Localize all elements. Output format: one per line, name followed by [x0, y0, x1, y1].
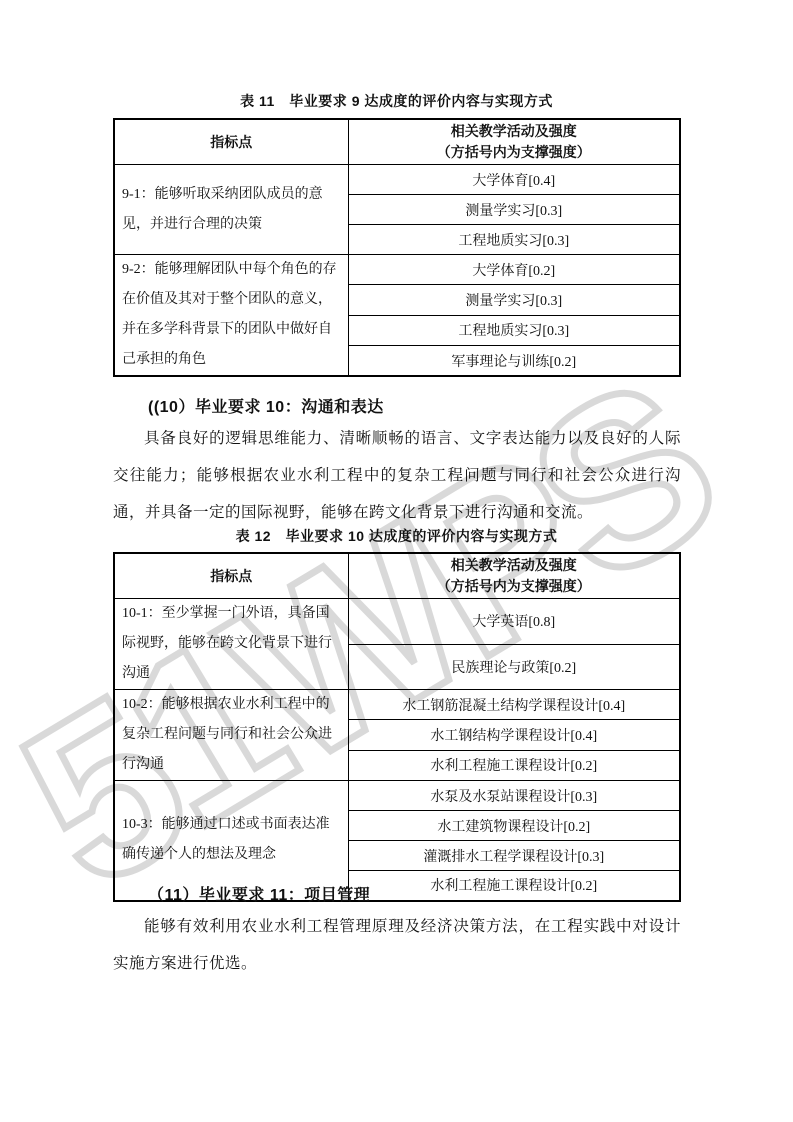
document-page: 51WPS 表 11 毕业要求 9 达成度的评价内容与实现方式 指标点 相关教学… [0, 0, 793, 1122]
activity-cell: 水工钢结构学课程设计[0.4] [348, 720, 680, 750]
activity-cell: 水利工程施工课程设计[0.2] [348, 750, 680, 780]
indicator-cell-9-2: 9-2：能够理解团队中每个角色的存在价值及其对于整个团队的意义，并在多学科背景下… [114, 255, 348, 377]
table11: 指标点 相关教学活动及强度 （方括号内为支撑强度） 9-1：能够听取采纳团队成员… [113, 118, 681, 377]
table-row: 10-2：能够根据农业水利工程中的复杂工程问题与同行和社会公众进行沟通 水工钢筋… [114, 690, 680, 720]
indicator-cell-10-3: 10-3：能够通过口述或书面表达准确传递个人的想法及理念 [114, 781, 348, 901]
activity-cell: 测量学实习[0.3] [348, 195, 680, 225]
table-row: 9-1：能够听取采纳团队成员的意见，并进行合理的决策 大学体育[0.4] [114, 165, 680, 195]
section-11-paragraph: 能够有效利用农业水利工程管理原理及经济决策方法，在工程实践中对设计实施方案进行优… [113, 908, 681, 982]
table11-header-indicator: 指标点 [114, 119, 348, 165]
activity-cell: 民族理论与政策[0.2] [348, 644, 680, 690]
table12-header-activity-line2: （方括号内为支撑强度） [350, 576, 679, 597]
table11-caption: 表 11 毕业要求 9 达成度的评价内容与实现方式 [0, 90, 793, 112]
activity-cell: 工程地质实习[0.3] [348, 315, 680, 345]
activity-cell: 灌溉排水工程学课程设计[0.3] [348, 841, 680, 871]
activity-cell: 工程地质实习[0.3] [348, 225, 680, 255]
table-row: 10-1：至少掌握一门外语，具备国际视野，能够在跨文化背景下进行沟通 大学英语[… [114, 599, 680, 645]
table12-header-row: 指标点 相关教学活动及强度 （方括号内为支撑强度） [114, 553, 680, 599]
table11-header-activity-line2: （方括号内为支撑强度） [350, 142, 679, 163]
table-row: 9-2：能够理解团队中每个角色的存在价值及其对于整个团队的意义，并在多学科背景下… [114, 255, 680, 285]
activity-cell: 测量学实习[0.3] [348, 285, 680, 315]
table11-header-row: 指标点 相关教学活动及强度 （方括号内为支撑强度） [114, 119, 680, 165]
activity-cell: 大学英语[0.8] [348, 599, 680, 645]
section-10-paragraph: 具备良好的逻辑思维能力、清晰顺畅的语言、文字表达能力以及良好的人际交往能力；能够… [113, 420, 681, 531]
table12-header-indicator: 指标点 [114, 553, 348, 599]
section-10-heading: ((10）毕业要求 10：沟通和表达 [113, 396, 681, 420]
activity-cell: 水泵及水泵站课程设计[0.3] [348, 781, 680, 811]
activity-cell: 大学体育[0.4] [348, 165, 680, 195]
table11-header-activity-line1: 相关教学活动及强度 [350, 121, 679, 142]
indicator-cell-10-1: 10-1：至少掌握一门外语，具备国际视野，能够在跨文化背景下进行沟通 [114, 599, 348, 690]
table12-header-activity-line1: 相关教学活动及强度 [350, 555, 679, 576]
indicator-cell-9-1: 9-1：能够听取采纳团队成员的意见，并进行合理的决策 [114, 165, 348, 255]
activity-cell: 军事理论与训练[0.2] [348, 346, 680, 376]
table12-caption: 表 12 毕业要求 10 达成度的评价内容与实现方式 [0, 525, 793, 547]
table11-header-activity: 相关教学活动及强度 （方括号内为支撑强度） [348, 119, 680, 165]
activity-cell: 水工钢筋混凝土结构学课程设计[0.4] [348, 690, 680, 720]
activity-cell: 大学体育[0.2] [348, 255, 680, 285]
table-row: 10-3：能够通过口述或书面表达准确传递个人的想法及理念 水泵及水泵站课程设计[… [114, 781, 680, 811]
activity-cell: 水工建筑物课程设计[0.2] [348, 811, 680, 841]
indicator-cell-10-2: 10-2：能够根据农业水利工程中的复杂工程问题与同行和社会公众进行沟通 [114, 690, 348, 781]
section-11-heading: （11）毕业要求 11：项目管理 [113, 884, 681, 908]
table12-header-activity: 相关教学活动及强度 （方括号内为支撑强度） [348, 553, 680, 599]
table12: 指标点 相关教学活动及强度 （方括号内为支撑强度） 10-1：至少掌握一门外语，… [113, 552, 681, 902]
